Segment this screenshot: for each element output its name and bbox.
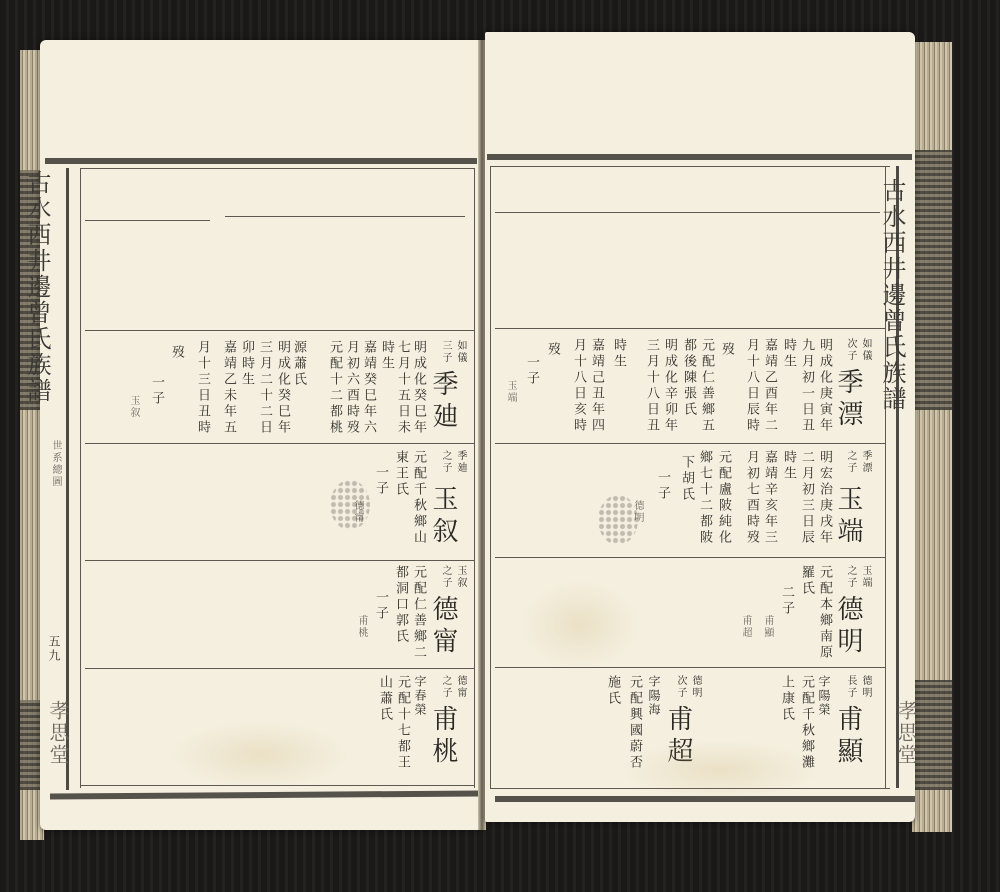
record-line: 嘉靖乙酉年二 [763, 338, 776, 434]
faded-seal [330, 480, 370, 530]
person-name: 季漂 [835, 368, 861, 432]
right-gen-line [495, 212, 880, 213]
left-gen-line-b [225, 216, 465, 217]
record-line: 歿 [170, 345, 183, 361]
record-line: 源蕭氏 [292, 340, 305, 388]
record-line: 字陽榮 [818, 675, 830, 717]
book-title-left: 古水西井邊曾氏族譜 [25, 170, 49, 404]
record-line: 元配仁善鄉二 [412, 565, 425, 661]
water-stain [620, 740, 820, 800]
record-line: 三月二十二日 [258, 340, 271, 436]
record-line: 月十三日丑時 [196, 340, 209, 436]
right-edge-ink-band [912, 150, 952, 410]
record-line: 嘉靖己丑年四 [590, 338, 603, 434]
record-line: 上康氏 [780, 675, 793, 723]
right-edge-ink-band-bottom [912, 680, 952, 790]
relation-label: 之子 [845, 450, 855, 474]
child-name: 玉叙 [128, 395, 138, 419]
hall-name-right: 孝思堂 [896, 700, 916, 766]
parent-label: 德明 [860, 675, 870, 699]
left-gen-line-a [85, 220, 210, 221]
record-line: 下胡氏 [680, 455, 693, 503]
right-row-divider-4 [495, 667, 885, 668]
left-margin-line [66, 168, 69, 790]
left-row-divider-3 [85, 560, 475, 561]
relation-label: 次子 [845, 338, 855, 362]
person-name: 季廸 [430, 370, 456, 434]
relation-label: 長子 [845, 675, 855, 699]
record-line: 明成化辛卯年 [663, 338, 676, 434]
children-count: 一子 [656, 470, 669, 502]
record-line: 明成化庚寅年 [818, 338, 831, 434]
record-line: 時生 [612, 338, 625, 370]
parent-label: 如儀 [455, 340, 465, 364]
child-name: 甫超 [740, 615, 750, 639]
section-label: 世系總圖 [50, 440, 60, 488]
faded-seal [598, 495, 638, 545]
record-line: 時生 [782, 338, 795, 370]
children-count: 一子 [374, 590, 387, 622]
relation-label: 之子 [440, 565, 450, 589]
water-stain [520, 580, 640, 670]
parent-label: 如儀 [860, 338, 870, 362]
right-row-divider-2 [495, 443, 885, 444]
record-line: 九月初一日丑 [800, 338, 813, 434]
page-number: 五九 [48, 635, 60, 663]
person-name: 玉叙 [430, 485, 456, 549]
record-line: 嘉靖辛亥年三 [763, 450, 776, 546]
record-line: 歿 [546, 342, 559, 358]
record-line: 東王氏 [394, 450, 407, 498]
left-row-divider-2 [85, 443, 475, 444]
book-title-right: 古水西井邊曾氏族譜 [880, 178, 904, 412]
record-line: 明成化癸巳年 [412, 340, 425, 436]
child-name: 甫桃 [356, 615, 366, 639]
left-frame-right [474, 168, 475, 788]
record-line: 都後陳張氏 [682, 338, 695, 418]
left-frame-top [80, 168, 475, 169]
children-count: 二子 [780, 585, 793, 617]
record-line: 施氏 [606, 675, 619, 707]
record-line: 都洞口郭氏 [394, 565, 407, 645]
parent-label: 玉端 [860, 565, 870, 589]
relation-label: 之子 [440, 675, 450, 699]
relation-label: 之子 [845, 565, 855, 589]
record-line: 三月十八日丑 [645, 338, 658, 434]
relation-label: 三子 [440, 340, 450, 364]
record-line: 鄉七十二都陂 [698, 450, 711, 546]
children-count: 一子 [374, 465, 387, 497]
children-count: 一子 [525, 355, 538, 387]
right-frame-left [490, 166, 491, 788]
parent-label: 季漂 [860, 450, 870, 474]
child-name: 甫顯 [762, 615, 772, 639]
relation-label: 次子 [675, 675, 685, 699]
record-line: 字春榮 [414, 675, 426, 717]
right-top-rule [487, 154, 912, 160]
parent-label: 德甯 [455, 675, 465, 699]
record-line: 月十八日辰時 [745, 338, 758, 434]
parent-label: 玉叙 [455, 565, 465, 589]
record-line: 明成化癸巳年 [276, 340, 289, 436]
person-name: 甫桃 [430, 705, 456, 769]
relation-label: 之子 [440, 450, 450, 474]
record-line: 歿 [720, 342, 733, 358]
record-line: 元配十二都桃 [328, 340, 341, 436]
person-name: 德甯 [430, 595, 456, 659]
right-frame-top [490, 166, 890, 167]
record-line: 嘉靖乙未年五 [222, 340, 235, 436]
record-line: 七月十五日未 [396, 340, 409, 436]
record-line: 字陽海 [648, 675, 660, 717]
record-line: 時生 [782, 450, 795, 482]
left-row-divider-1 [85, 330, 475, 331]
record-line: 月十八日亥時 [572, 338, 585, 434]
left-top-rule [45, 158, 477, 164]
record-line: 明宏治庚戌年 [818, 450, 831, 546]
person-name: 甫顯 [835, 705, 861, 769]
left-frame-inner [80, 168, 81, 788]
record-line: 山蕭氏 [378, 675, 391, 723]
record-line: 二月初三日辰 [800, 450, 813, 546]
record-line: 卯時生 [240, 340, 253, 388]
record-line: 元配盧陂純化 [717, 450, 730, 546]
parent-label: 季廸 [455, 450, 465, 474]
hall-name-left: 孝思堂 [48, 700, 68, 766]
record-line: 時生 [380, 340, 393, 372]
record-line: 元配本鄉南原 [818, 565, 831, 661]
record-line: 嘉靖癸巳年六 [362, 340, 375, 436]
children-count: 一子 [150, 375, 163, 407]
record-line: 元配十七都王 [396, 675, 409, 771]
record-line: 月初六酉時歿 [345, 340, 358, 436]
record-line: 元配仁善鄉五 [700, 338, 713, 434]
left-row-divider-4 [85, 668, 475, 669]
record-line: 月初七酉時歿 [745, 450, 758, 546]
parent-label: 德明 [690, 675, 700, 699]
right-row-divider-3 [495, 557, 885, 558]
record-line: 元配千秋鄉山 [412, 450, 425, 546]
record-line: 羅氏 [800, 565, 813, 597]
child-name: 玉端 [505, 380, 515, 404]
right-row-divider-1 [495, 328, 885, 329]
water-stain [170, 720, 350, 790]
person-name: 德明 [835, 595, 861, 659]
person-name: 玉端 [835, 485, 861, 549]
